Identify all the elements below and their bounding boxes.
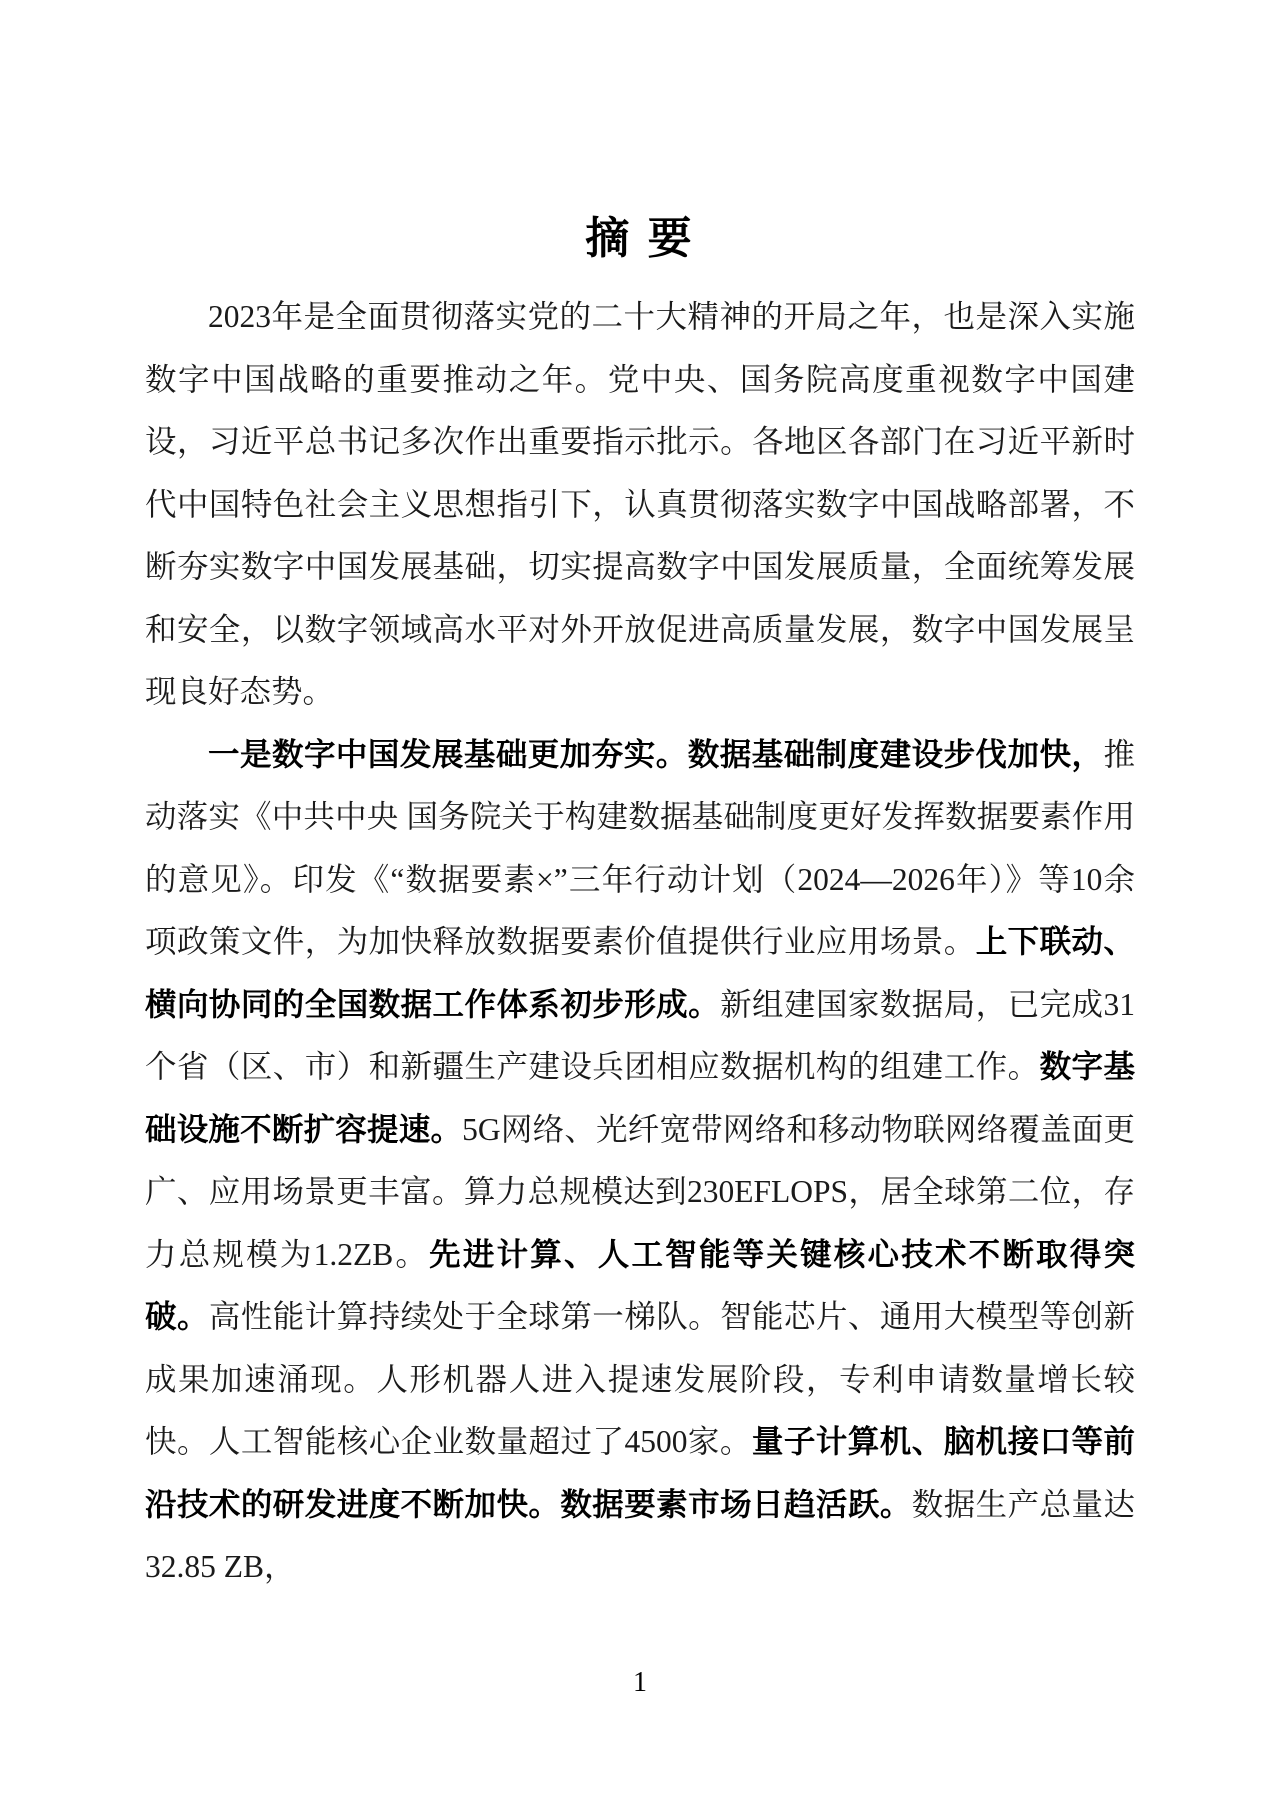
text-run: 2023年是全面贯彻落实党的二十大精神的开局之年，也是深入实施数字中国战略的重要…: [145, 299, 1135, 709]
emphasis-text-run: 一是数字中国发展基础更加夯实。数据基础制度建设步伐加快，: [208, 737, 1103, 772]
paragraph: 2023年是全面贯彻落实党的二十大精神的开局之年，也是深入实施数字中国战略的重要…: [145, 286, 1135, 724]
abstract-body: 2023年是全面贯彻落实党的二十大精神的开局之年，也是深入实施数字中国战略的重要…: [145, 286, 1135, 1599]
page-title: 摘 要: [0, 0, 1280, 262]
document-page: 摘 要 2023年是全面贯彻落实党的二十大精神的开局之年，也是深入实施数字中国战…: [0, 0, 1280, 1810]
page-number: 1: [0, 1666, 1280, 1700]
paragraph: 一是数字中国发展基础更加夯实。数据基础制度建设步伐加快，推动落实《中共中央 国务…: [145, 724, 1135, 1599]
